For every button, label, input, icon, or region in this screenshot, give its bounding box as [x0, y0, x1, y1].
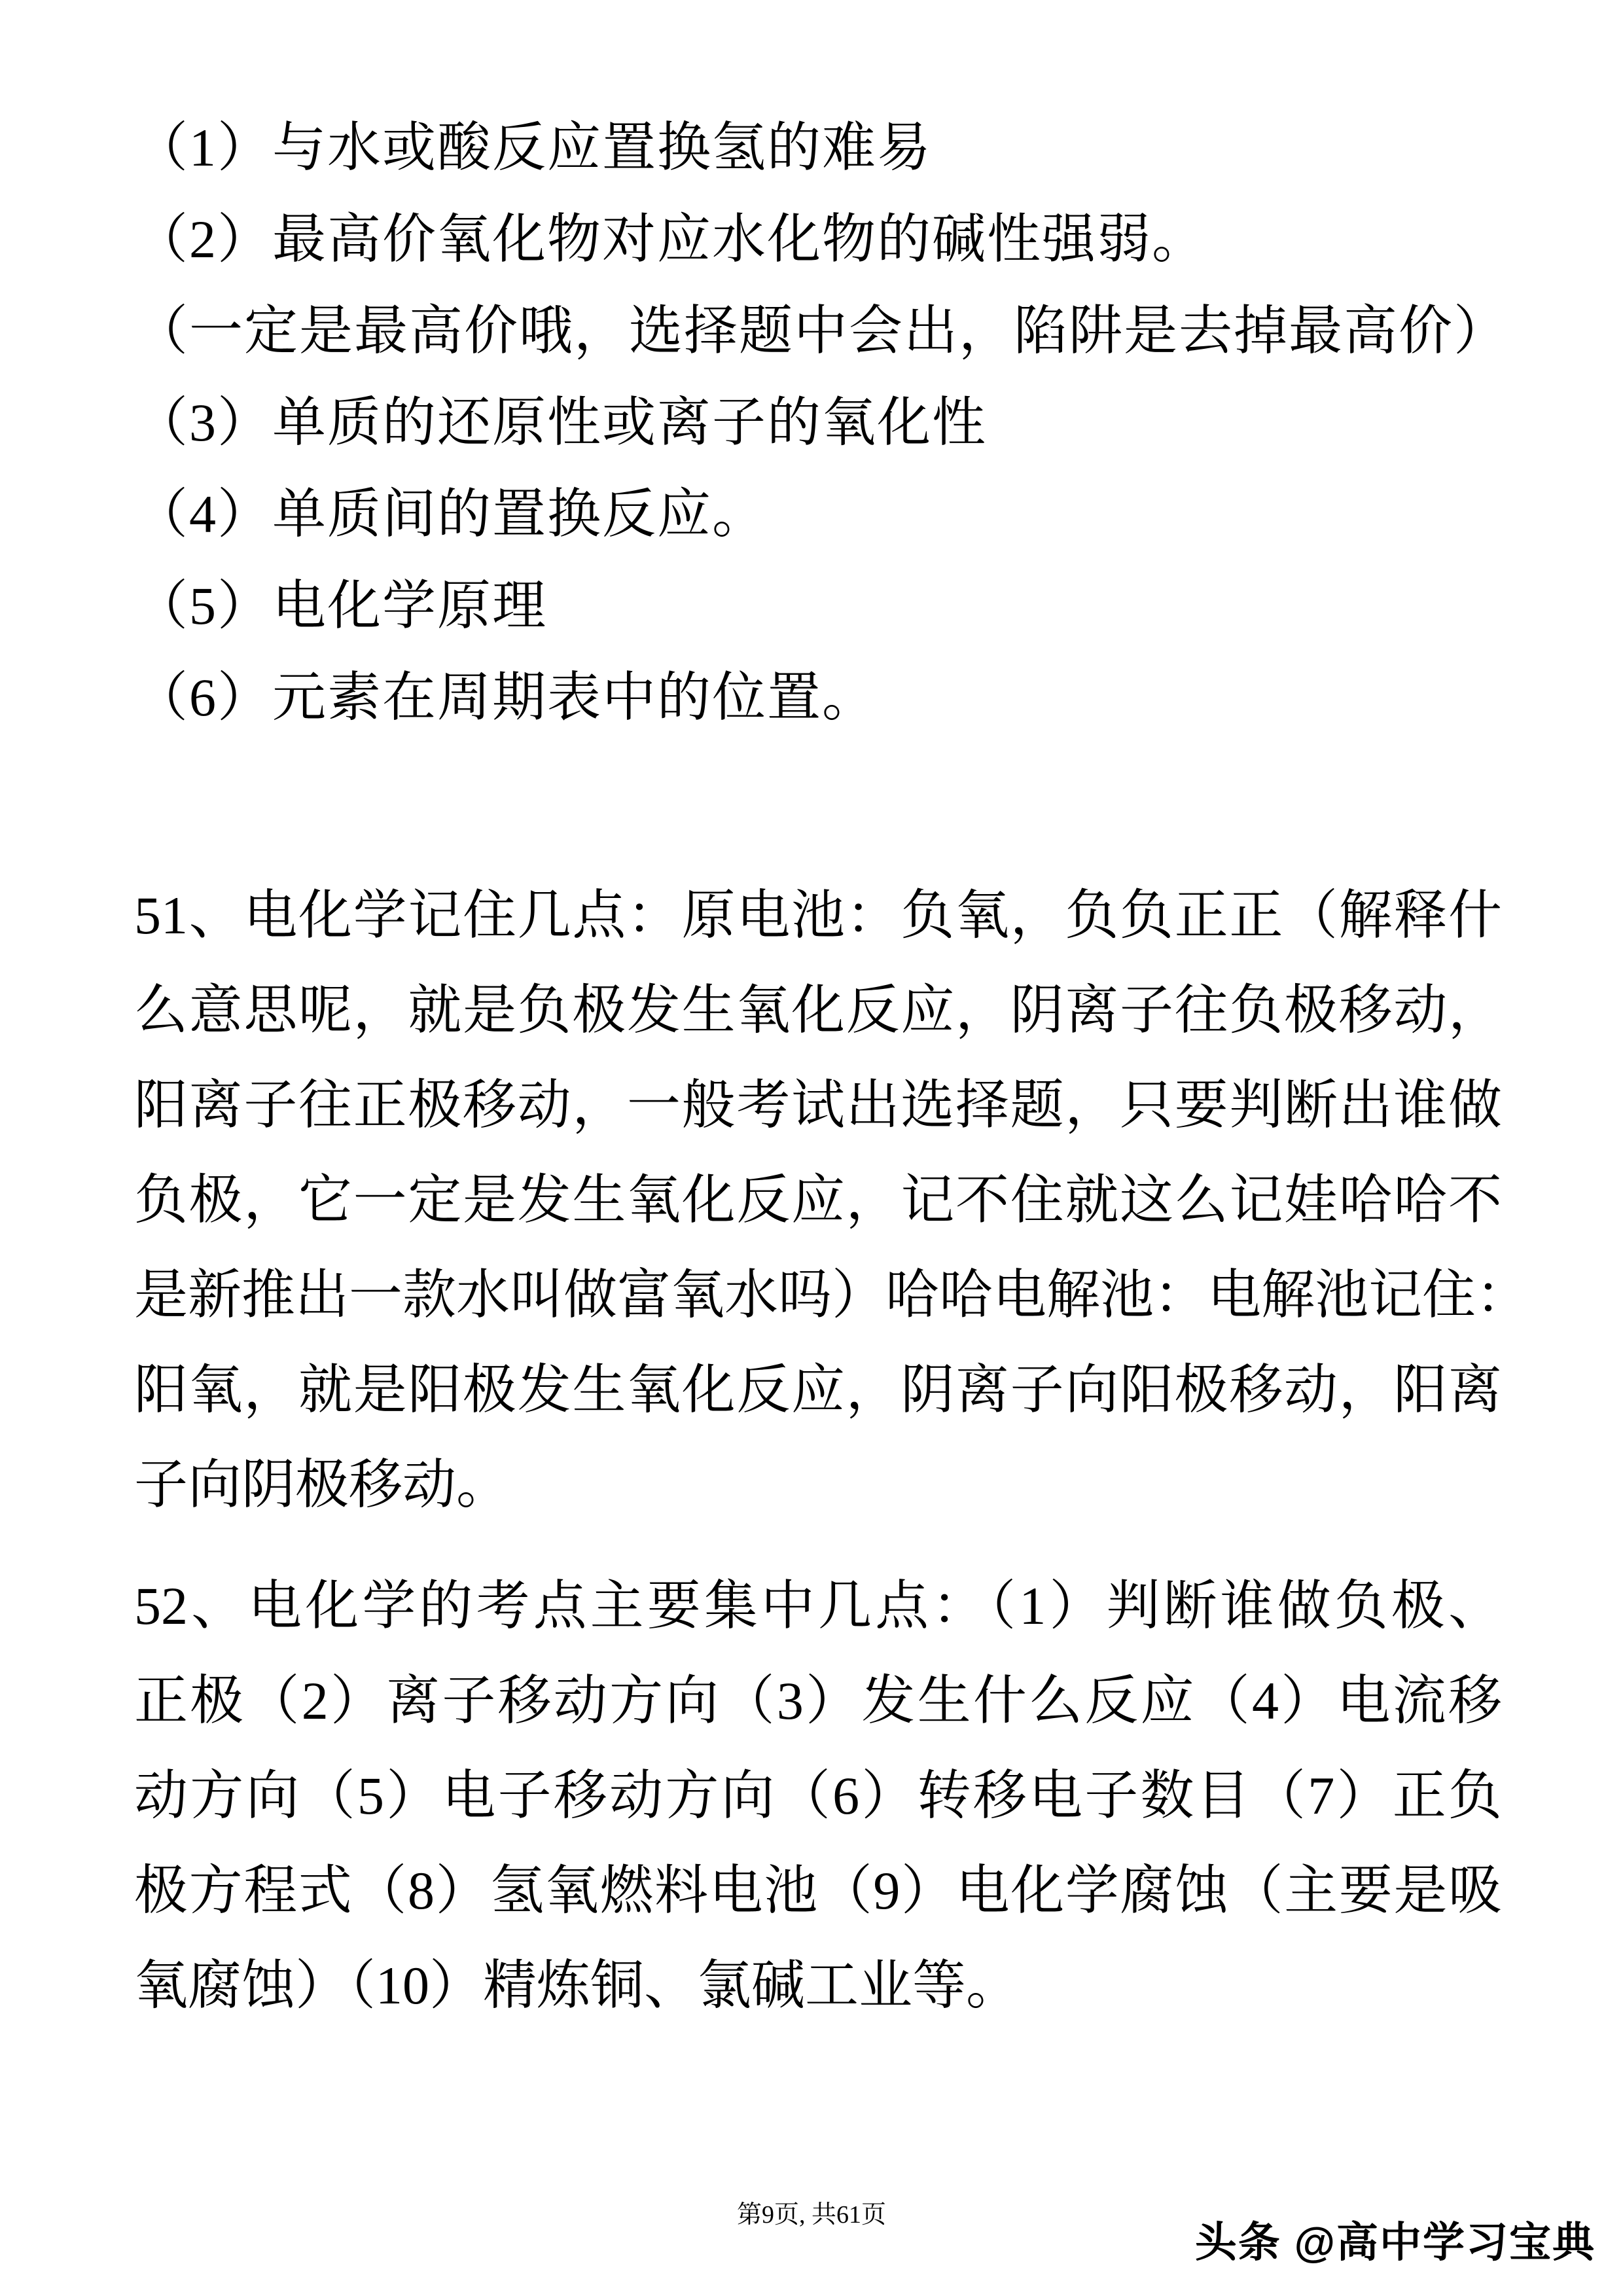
document-content: （1）与水或酸反应置换氢的难易 （2）最高价氧化物对应水化物的碱性强弱。 （一定…: [134, 102, 1502, 2033]
document-text-line: （1）与水或酸反应置换氢的难易: [134, 102, 1502, 194]
toutiao-watermark: 头条 @高中学习宝典: [1195, 2216, 1596, 2269]
document-text-line: 子向阴极移动。: [134, 1437, 1502, 1532]
document-text-line: 极方程式（8）氢氧燃料电池（9）电化学腐蚀（主要是吸: [134, 1843, 1502, 1938]
document-text-line: 么意思呢，就是负极发生氧化反应，阴离子往负极移动，: [134, 963, 1502, 1058]
document-text-line: 是新推出一款水叫做富氧水吗）哈哈电解池：电解池记住：: [134, 1247, 1502, 1342]
document-text-line: （5）电化学原理: [134, 560, 1502, 652]
document-text-line: 负极，它一定是发生氧化反应，记不住就这么记娃哈哈不: [134, 1153, 1502, 1247]
document-text-line: （6）元素在周期表中的位置。: [134, 652, 1502, 744]
document-text-line: （一定是最高价哦，选择题中会出，陷阱是去掉最高价）: [134, 285, 1502, 377]
document-text-line: 51、电化学记住几点：原电池：负氧，负负正正（解释什: [134, 868, 1502, 963]
document-text-line: （4）单质间的置换反应。: [134, 469, 1502, 560]
document-text-line: 阳离子往正极移动，一般考试出选择题，只要判断出谁做: [134, 1058, 1502, 1153]
document-text-line: （3）单质的还原性或离子的氧化性: [134, 377, 1502, 469]
document-text-line: （2）最高价氧化物对应水化物的碱性强弱。: [134, 194, 1502, 285]
document-text-line: 动方向（5）电子移动方向（6）转移电子数目（7）正负: [134, 1748, 1502, 1843]
document-text-line: 52、电化学的考点主要集中几点：（1）判断谁做负极、: [134, 1558, 1502, 1653]
document-page: （1）与水或酸反应置换氢的难易 （2）最高价氧化物对应水化物的碱性强弱。 （一定…: [0, 0, 1623, 2296]
outline-section: （1）与水或酸反应置换氢的难易 （2）最高价氧化物对应水化物的碱性强弱。 （一定…: [134, 102, 1502, 744]
document-text-line: 阳氧，就是阳极发生氧化反应，阴离子向阳极移动，阳离: [134, 1342, 1502, 1437]
paragraph-52: 52、电化学的考点主要集中几点：（1）判断谁做负极、 正极（2）离子移动方向（3…: [134, 1558, 1502, 2033]
document-text-line: 氧腐蚀）（10）精炼铜、氯碱工业等。: [134, 1938, 1502, 2033]
document-text-line: 正极（2）离子移动方向（3）发生什么反应（4）电流移: [134, 1653, 1502, 1748]
paragraph-51: 51、电化学记住几点：原电池：负氧，负负正正（解释什 么意思呢，就是负极发生氧化…: [134, 868, 1502, 1532]
